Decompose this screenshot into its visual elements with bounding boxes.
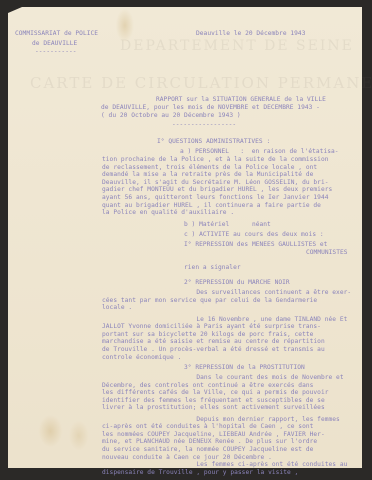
office-city: de DEAUVILLE <box>32 40 77 48</box>
body-line: Des surveillances continuent a être exer… <box>102 289 351 297</box>
body-line: controle économique . <box>102 354 181 362</box>
subsection-heading-black-market: 2° REPRESSION du MARCHE NOIR <box>184 279 290 287</box>
body-line: les différents cafés de la Ville, ce qui… <box>102 389 329 397</box>
body-line: Deauville, il s'agit du Secrétaire M. Lé… <box>102 179 329 187</box>
body-line: Le 16 Novembre , une dame TINLAND née Et <box>102 316 347 324</box>
office-name: COMMISSARIAT de POLICE <box>15 30 98 38</box>
report-title-line-3: ( du 20 Octobre au 20 Décembre 1943 ) <box>101 112 241 120</box>
body-line: Depuis mon dernier rapport, les femmes <box>102 416 340 424</box>
subsection-heading-prostitution: 3° REPRESSION de la PROSTITUTION <box>184 364 305 372</box>
body-line: livrer à la prostitution; elles sont act… <box>102 404 325 412</box>
body-line: Les femmes ci-après ont été conduites au <box>102 461 347 469</box>
body-line: marchandise a été saisie et remise au ce… <box>102 338 325 346</box>
body-line: cées tant par mon service que par celui … <box>102 297 317 305</box>
item-b-material: b ) Matériel néant <box>184 221 271 229</box>
report-title-underline: ----------------- <box>172 121 236 129</box>
show-through-text-1: DEPARTEMENT DE SEINE <box>120 38 354 54</box>
body-line: tion prochaine de la Police , et à la su… <box>102 156 329 164</box>
body-line: la Police en qualité d'auxiliaire . <box>102 209 234 217</box>
page-corner-fold <box>8 7 22 13</box>
body-line: demandé la mise a la retraite près de la… <box>102 171 313 179</box>
subsection-heading-gaullist-communist: I° REPRESSION des MENEES GAULLISTES et <box>184 241 327 249</box>
office-underline: ----------- <box>35 48 77 56</box>
place-and-date: Deauville le 20 Décembre 1943 <box>196 30 305 38</box>
item-c-activity: c ) ACTIVITE au cours des deux mois : <box>184 231 324 239</box>
subsection-heading-gaullist-communist-cont: COMMUNISTES <box>306 249 348 257</box>
body-line: locale . <box>102 304 132 312</box>
body-line: Dans le courant des mois de Novembre et <box>102 374 344 382</box>
body-line: du service sanitaire, la nommée COUPEY J… <box>102 446 313 454</box>
body-line: mine, et PLANCHAUD née DENEUX Renée . De… <box>102 438 317 446</box>
subsection-body-nothing-to-report: rien a signaler <box>184 264 241 272</box>
report-title-line-1: RAPPORT sur la SITUATION GENERALE de la … <box>156 96 326 104</box>
section-heading-administrative: I° QUESTIONS ADMINISTRATIVES : <box>157 138 270 146</box>
body-line: JALLOT Yvonne domiciliée à Paris ayant é… <box>102 323 321 331</box>
body-line: ci-après ont été conduites à l'hopital d… <box>102 423 313 431</box>
body-line: de Trouville . Un procès-verbal a été dr… <box>102 346 325 354</box>
show-through-text-2: CARTE DE CIRCULATION PERMANENTE <box>30 74 372 92</box>
body-line: dispensaire de Trouville , pour y passer… <box>102 469 298 477</box>
report-title-line-2: de DEAUVILLE, pour les mois de NOVEMBRE … <box>101 104 320 112</box>
item-a-personnel-lead: a ) PERSONNEL : en raison de l'étatisa- <box>180 148 339 156</box>
body-line: gadier chef MONTEUU et du brigadier HURE… <box>102 186 332 194</box>
body-line: ayant 56 ans, quitteront leurs fonctions… <box>102 194 329 202</box>
body-line: nouveau conduite à Caen ce jour 20 Décem… <box>102 454 272 462</box>
